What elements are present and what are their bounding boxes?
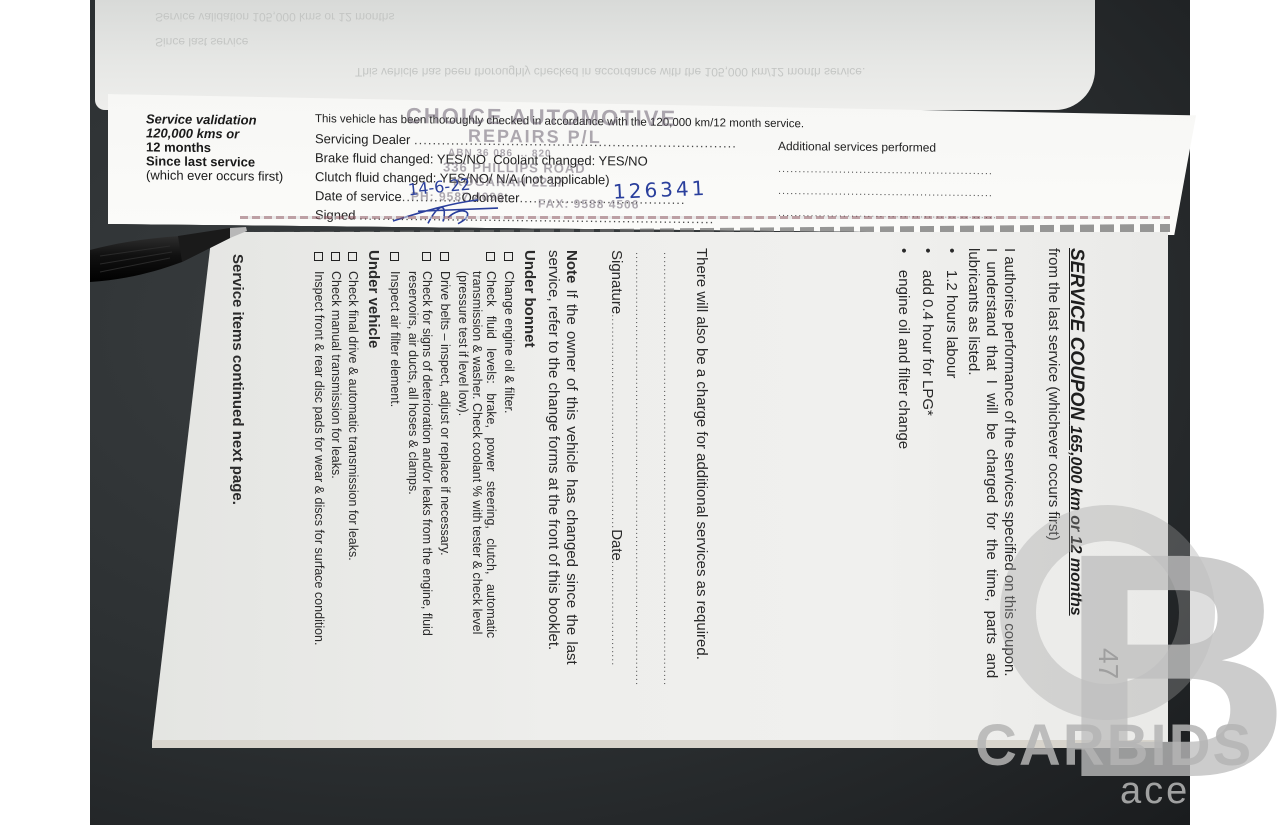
under-vehicle-heading: Under vehicle [365, 250, 382, 348]
checklist-text: Change engine oil & filter. [502, 271, 516, 413]
dealer-stamp-line: REPAIRS P/L [468, 126, 602, 148]
bullet-text: engine oil and filter change [895, 270, 912, 449]
checklist-text: Check fluid levels: brake, power steerin… [484, 271, 498, 638]
blank-line: ........................................… [658, 252, 676, 686]
checkbox[interactable] [390, 252, 399, 261]
coupon-title-bold: SERVICE COUPON [1066, 248, 1087, 420]
note-text: Note If the owner of this vehicle has ch… [562, 250, 580, 665]
checklist-item[interactable]: Drive belts – inspect, adjust or replace… [438, 252, 452, 556]
checkbox[interactable] [504, 252, 513, 261]
ghost-text: Since last service [155, 35, 248, 49]
checklist-text: reservoirs, air ducts, all hoses & clamp… [406, 271, 420, 495]
authorise-text: lubricants as listed. [964, 248, 982, 376]
validation-label-line: (which ever occurs first) [146, 168, 283, 183]
service-validation-strip: Service validation 120,000 kms or 12 mon… [108, 94, 1196, 235]
checklist-item[interactable]: Check final drive & automatic transmissi… [346, 252, 360, 561]
signature-date-line: Signature...............................… [606, 250, 625, 666]
checklist-item[interactable]: Inspect front & rear disc pads for wear … [312, 252, 326, 645]
checklist-item[interactable]: Change engine oil & filter. [502, 252, 516, 413]
bullet-item: • add 0.4 hour for LPG* [918, 248, 936, 416]
servicing-dealer-label: Servicing Dealer [315, 131, 410, 147]
checkbox[interactable] [314, 252, 323, 261]
blank-line: ........................................… [630, 252, 648, 686]
note-label: Note [563, 250, 580, 283]
additional-services: Additional services performed ..........… [778, 139, 997, 221]
checklist-item[interactable]: Inspect air filter element. [388, 252, 402, 407]
watermark-sub: ace [1120, 770, 1190, 813]
checkbox[interactable] [440, 252, 449, 261]
watermark-brand: CARBIDS [975, 712, 1253, 779]
pen [90, 222, 250, 284]
checklist-text: Check final drive & automatic transmissi… [346, 271, 360, 561]
additional-charge-text: There will also be a charge for addition… [692, 248, 710, 660]
checkbox[interactable] [486, 252, 495, 261]
ghost-text: Service validation 105,000 kms or 12 mon… [155, 10, 394, 24]
note-line: If the owner of this vehicle has changed… [563, 290, 580, 665]
perforation-edge [240, 216, 1170, 219]
signature-label: Signature [608, 250, 625, 314]
ghost-text: This vehicle has been thoroughly checked… [355, 65, 865, 79]
signature-scribble [388, 193, 508, 228]
additional-services-label: Additional services performed [778, 139, 936, 155]
validation-label: Service validation 120,000 kms or 12 mon… [146, 112, 283, 183]
checklist-text: transmission & washer. Check coolant % w… [470, 271, 484, 634]
checklist-text: Inspect air filter element. [388, 271, 402, 407]
checklist-text: Check for signs of deterioration and/or … [420, 271, 434, 636]
checkbox[interactable] [331, 252, 340, 261]
checkbox[interactable] [422, 252, 431, 261]
checklist-text: Check manual transmission for leaks. [329, 271, 343, 479]
handwritten-odometer: 126341 [612, 176, 707, 204]
authorise-text: I understand that I will be charged for … [982, 248, 1000, 678]
bullet-text: 1.2 hours labour [943, 270, 960, 378]
signed-label: Signed [315, 207, 355, 222]
under-bonnet-heading: Under bonnet [521, 250, 538, 348]
checklist-text: (pressure test if level low). [456, 271, 470, 416]
bullet-item: • 1.2 hours labour [942, 248, 960, 378]
date-label: Date [608, 529, 625, 561]
checklist-text: Drive belts – inspect, adjust or replace… [438, 271, 452, 556]
checklist-text: Inspect front & rear disc pads for wear … [312, 271, 326, 645]
back-page: Service validation 105,000 kms or 12 mon… [95, 0, 1095, 110]
bullet-item: • engine oil and filter change [894, 248, 912, 449]
note-text: service, refer to the change forms at th… [544, 250, 562, 650]
checklist-item[interactable]: Check fluid levels: brake, power steerin… [484, 252, 498, 638]
checkbox[interactable] [348, 252, 357, 261]
dealer-stamp-line: ABN 36 086 ... 820 [448, 148, 552, 160]
continued-note: Service items continued next page. [229, 254, 246, 505]
bullet-text: add 0.4 hour for LPG* [919, 270, 936, 416]
checklist-item[interactable]: Check manual transmission for leaks. [329, 252, 343, 479]
checklist-item[interactable]: Check for signs of deterioration and/or … [420, 252, 434, 636]
